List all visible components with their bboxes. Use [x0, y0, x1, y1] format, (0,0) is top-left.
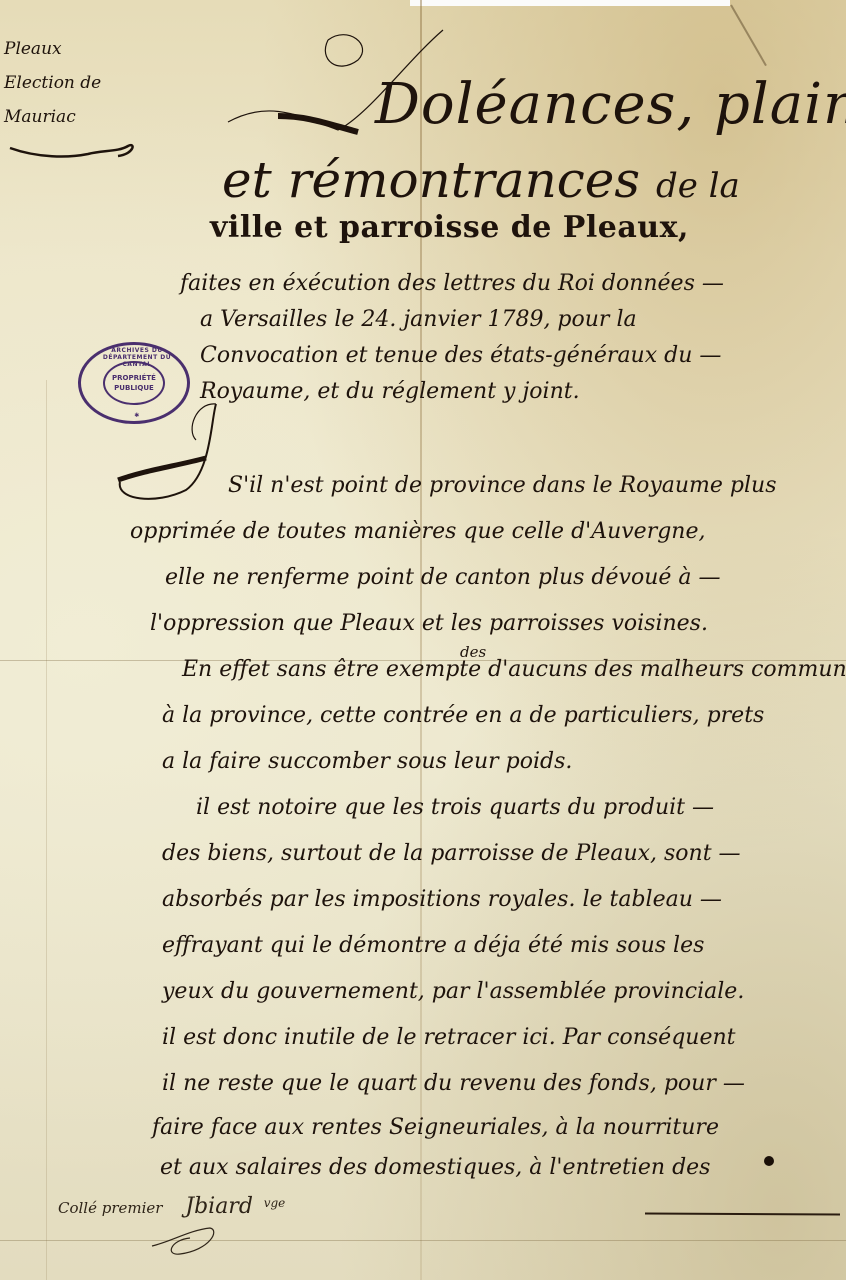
margin-note-line: Pleaux: [4, 32, 154, 66]
signature-prefix: Collé premier: [58, 1199, 162, 1217]
body-line: il est notoire que les trois quarts du p…: [196, 792, 714, 824]
body-line: il ne reste que le quart du revenu des f…: [162, 1068, 745, 1100]
stamp-center-line: PUBLIQUE: [114, 383, 154, 393]
paper-tear: [645, 1212, 840, 1215]
margin-note: Pleaux Election de Mauriac: [4, 32, 154, 134]
paper-crack: [730, 5, 767, 67]
body-line: à la province, cette contrée en a de par…: [162, 700, 764, 732]
body-line: l'oppression que Pleaux et les parroisse…: [150, 608, 708, 640]
signature-suffix: vge: [264, 1196, 286, 1210]
subtitle-line: Royaume, et du réglement y joint.: [200, 376, 580, 408]
stamp-center: PROPRIÉTÉ PUBLIQUE: [103, 361, 165, 405]
decorative-initial-s-icon: [116, 400, 226, 510]
page-top-gap: [410, 0, 730, 6]
body-line: et aux salaires des domestiques, à l'ent…: [160, 1152, 710, 1184]
body-line: S'il n'est point de province dans le Roy…: [228, 470, 777, 502]
subtitle-line: faites en éxécution des lettres du Roi d…: [180, 268, 724, 300]
margin-note-line: Election de: [4, 66, 154, 100]
signature-flourish-icon: [150, 1220, 220, 1260]
signature-name: Jbiard: [185, 1194, 253, 1219]
manuscript-page: Pleaux Election de Mauriac Doléances, pl…: [0, 0, 846, 1280]
ink-blot: [764, 1156, 774, 1166]
title-remontrances: et rémontrances: [222, 151, 640, 209]
margin-fold-line: [46, 380, 47, 1280]
signature: Collé premier Jbiard vge: [58, 1194, 285, 1219]
body-line: faire face aux rentes Seigneuriales, à l…: [152, 1112, 719, 1144]
body-line: opprimée de toutes manières que celle d'…: [130, 516, 705, 548]
body-line: yeux du gouvernement, par l'assemblée pr…: [162, 976, 744, 1008]
body-line: il est donc inutile de le retracer ici. …: [162, 1022, 735, 1054]
body-line: En effet sans être exempte d'aucuns des …: [182, 654, 846, 686]
body-line: des biens, surtout de la parroisse de Pl…: [162, 838, 741, 870]
title-de-la: de la: [656, 166, 740, 206]
body-line: effrayant qui le démontre a déja été mis…: [162, 930, 704, 962]
body-line: absorbés par les impositions royales. le…: [162, 884, 722, 916]
document-title-line-1: Doléances, plaintes: [375, 70, 846, 140]
subtitle-line: a Versailles le 24. janvier 1789, pour l…: [200, 304, 637, 336]
stamp-center-line: PROPRIÉTÉ: [112, 373, 156, 383]
subtitle-line: Convocation et tenue des états-généraux …: [200, 340, 721, 372]
body-line: a la faire succomber sous leur poids.: [162, 746, 572, 778]
body-line: elle ne renferme point de canton plus dé…: [165, 562, 721, 594]
margin-note-line: Mauriac: [4, 100, 154, 134]
flourish-icon: [8, 140, 138, 164]
horizontal-fold-line: [0, 1240, 846, 1241]
document-title-line-3: ville et parroisse de Pleaux,: [210, 208, 689, 248]
